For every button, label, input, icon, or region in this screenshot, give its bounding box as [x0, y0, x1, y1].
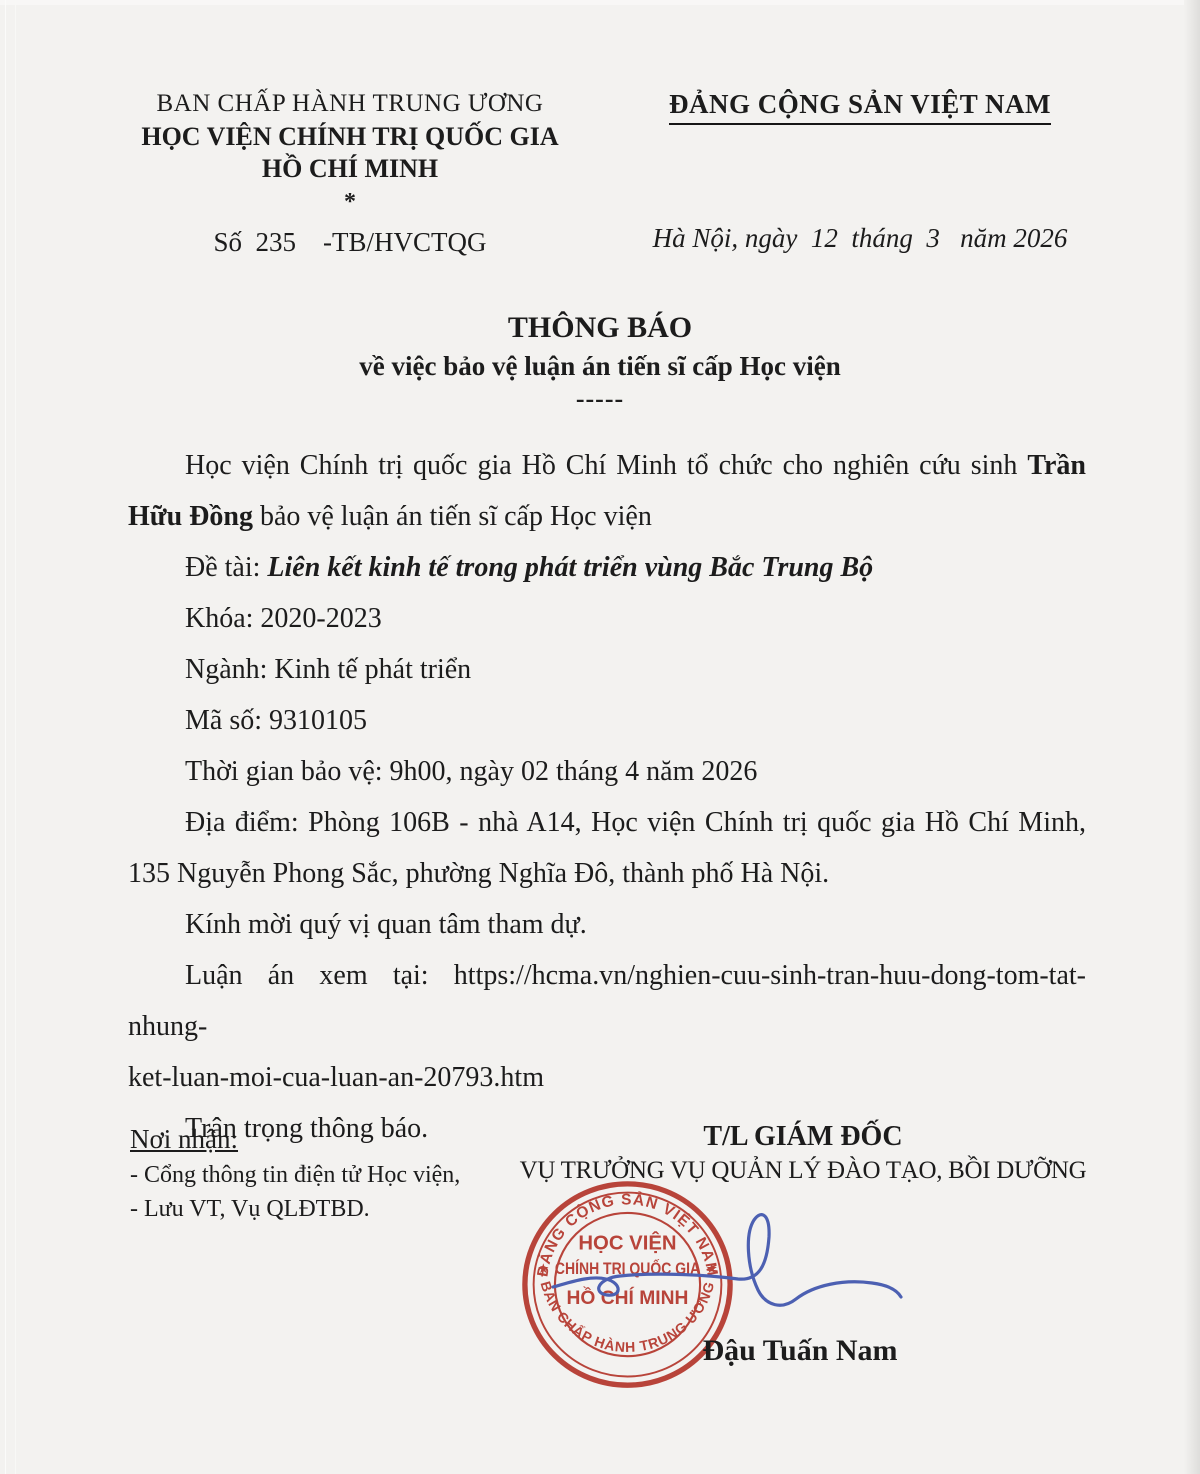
document-title: THÔNG BÁO: [0, 310, 1200, 346]
star-separator: *: [95, 189, 605, 215]
thesis-link-line-1: Luận án xem tại: https://hcma.vn/nghien-…: [128, 950, 1086, 1052]
major-line: Ngành: Kinh tế phát triển: [128, 644, 1086, 695]
party-name: ĐẢNG CỘNG SẢN VIỆT NAM: [669, 88, 1051, 125]
invitation-line: Kính mời quý vị quan tâm tham dự.: [128, 899, 1086, 950]
signer-name: Đậu Tuấn Nam: [640, 1334, 960, 1368]
issuer-parent-org: BAN CHẤP HÀNH TRUNG ƯƠNG: [95, 88, 605, 120]
recipient-item: - Cổng thông tin điện tử Học viện,: [130, 1158, 460, 1192]
intro-line-1: Học viện Chính trị quốc gia Hồ Chí Minh …: [128, 440, 1086, 491]
title-separator: -----: [0, 386, 1200, 412]
candidate-name-part1: Trần: [1027, 450, 1086, 481]
recipient-item: - Lưu VT, Vụ QLĐTBD.: [130, 1192, 460, 1226]
candidate-name-part2: Hữu Đồng: [128, 501, 253, 532]
recipients-heading: Nơi nhận:: [130, 1120, 460, 1158]
scan-edge-right: [1184, 0, 1200, 1474]
signer-behalf-title: T/L GIÁM ĐỐC: [500, 1118, 1106, 1155]
signature-block: T/L GIÁM ĐỐC VỤ TRƯỞNG VỤ QUẢN LÝ ĐÀO TẠ…: [500, 1118, 1106, 1186]
signature: [538, 1205, 908, 1335]
topic-label: Đề tài:: [185, 552, 267, 583]
recipients-block: Nơi nhận: - Cổng thông tin điện tử Học v…: [130, 1120, 460, 1226]
issuer-org-line1: HỌC VIỆN CHÍNH TRỊ QUỐC GIA: [95, 120, 605, 153]
document-body: Học viện Chính trị quốc gia Hồ Chí Minh …: [128, 440, 1086, 1154]
topic-line: Đề tài: Liên kết kinh tế trong phát triể…: [128, 542, 1086, 593]
document-subtitle: về việc bảo vệ luận án tiến sĩ cấp Học v…: [0, 349, 1200, 383]
document-page: BAN CHẤP HÀNH TRUNG ƯƠNG HỌC VIỆN CHÍNH …: [0, 0, 1200, 1474]
issuer-org-line2: HỒ CHÍ MINH: [95, 153, 605, 185]
course-line: Khóa: 2020-2023: [128, 593, 1086, 644]
party-block: ĐẢNG CỘNG SẢN VIỆT NAM Hà Nội, ngày 12 t…: [612, 88, 1108, 254]
thesis-topic: Liên kết kinh tế trong phát triển vùng B…: [267, 552, 873, 583]
venue-line-2: 135 Nguyễn Phong Sắc, phường Nghĩa Đô, t…: [128, 848, 1086, 899]
intro-text: Học viện Chính trị quốc gia Hồ Chí Minh …: [185, 450, 1027, 481]
issuer-block: BAN CHẤP HÀNH TRUNG ƯƠNG HỌC VIỆN CHÍNH …: [95, 88, 605, 258]
place-date-line: Hà Nội, ngày 12 tháng 3 năm 2026: [612, 223, 1108, 254]
venue-line-1: Địa điểm: Phòng 106B - nhà A14, Học viện…: [128, 797, 1086, 848]
intro-text-cont: bảo vệ luận án tiến sĩ cấp Học viện: [253, 501, 652, 532]
defense-time-line: Thời gian bảo vệ: 9h00, ngày 02 tháng 4 …: [128, 746, 1086, 797]
thesis-link-line-2: ket-luan-moi-cua-luan-an-20793.htm: [128, 1052, 1086, 1103]
code-line: Mã số: 9310105: [128, 695, 1086, 746]
document-number: Số 235 -TB/HVCTQG: [95, 227, 605, 258]
scan-edge-top: [0, 0, 1200, 5]
document-title-block: THÔNG BÁO về việc bảo vệ luận án tiến sĩ…: [0, 310, 1200, 412]
scan-edge-left: [5, 0, 16, 1474]
intro-line-2: Hữu Đồng bảo vệ luận án tiến sĩ cấp Học …: [128, 491, 1086, 542]
